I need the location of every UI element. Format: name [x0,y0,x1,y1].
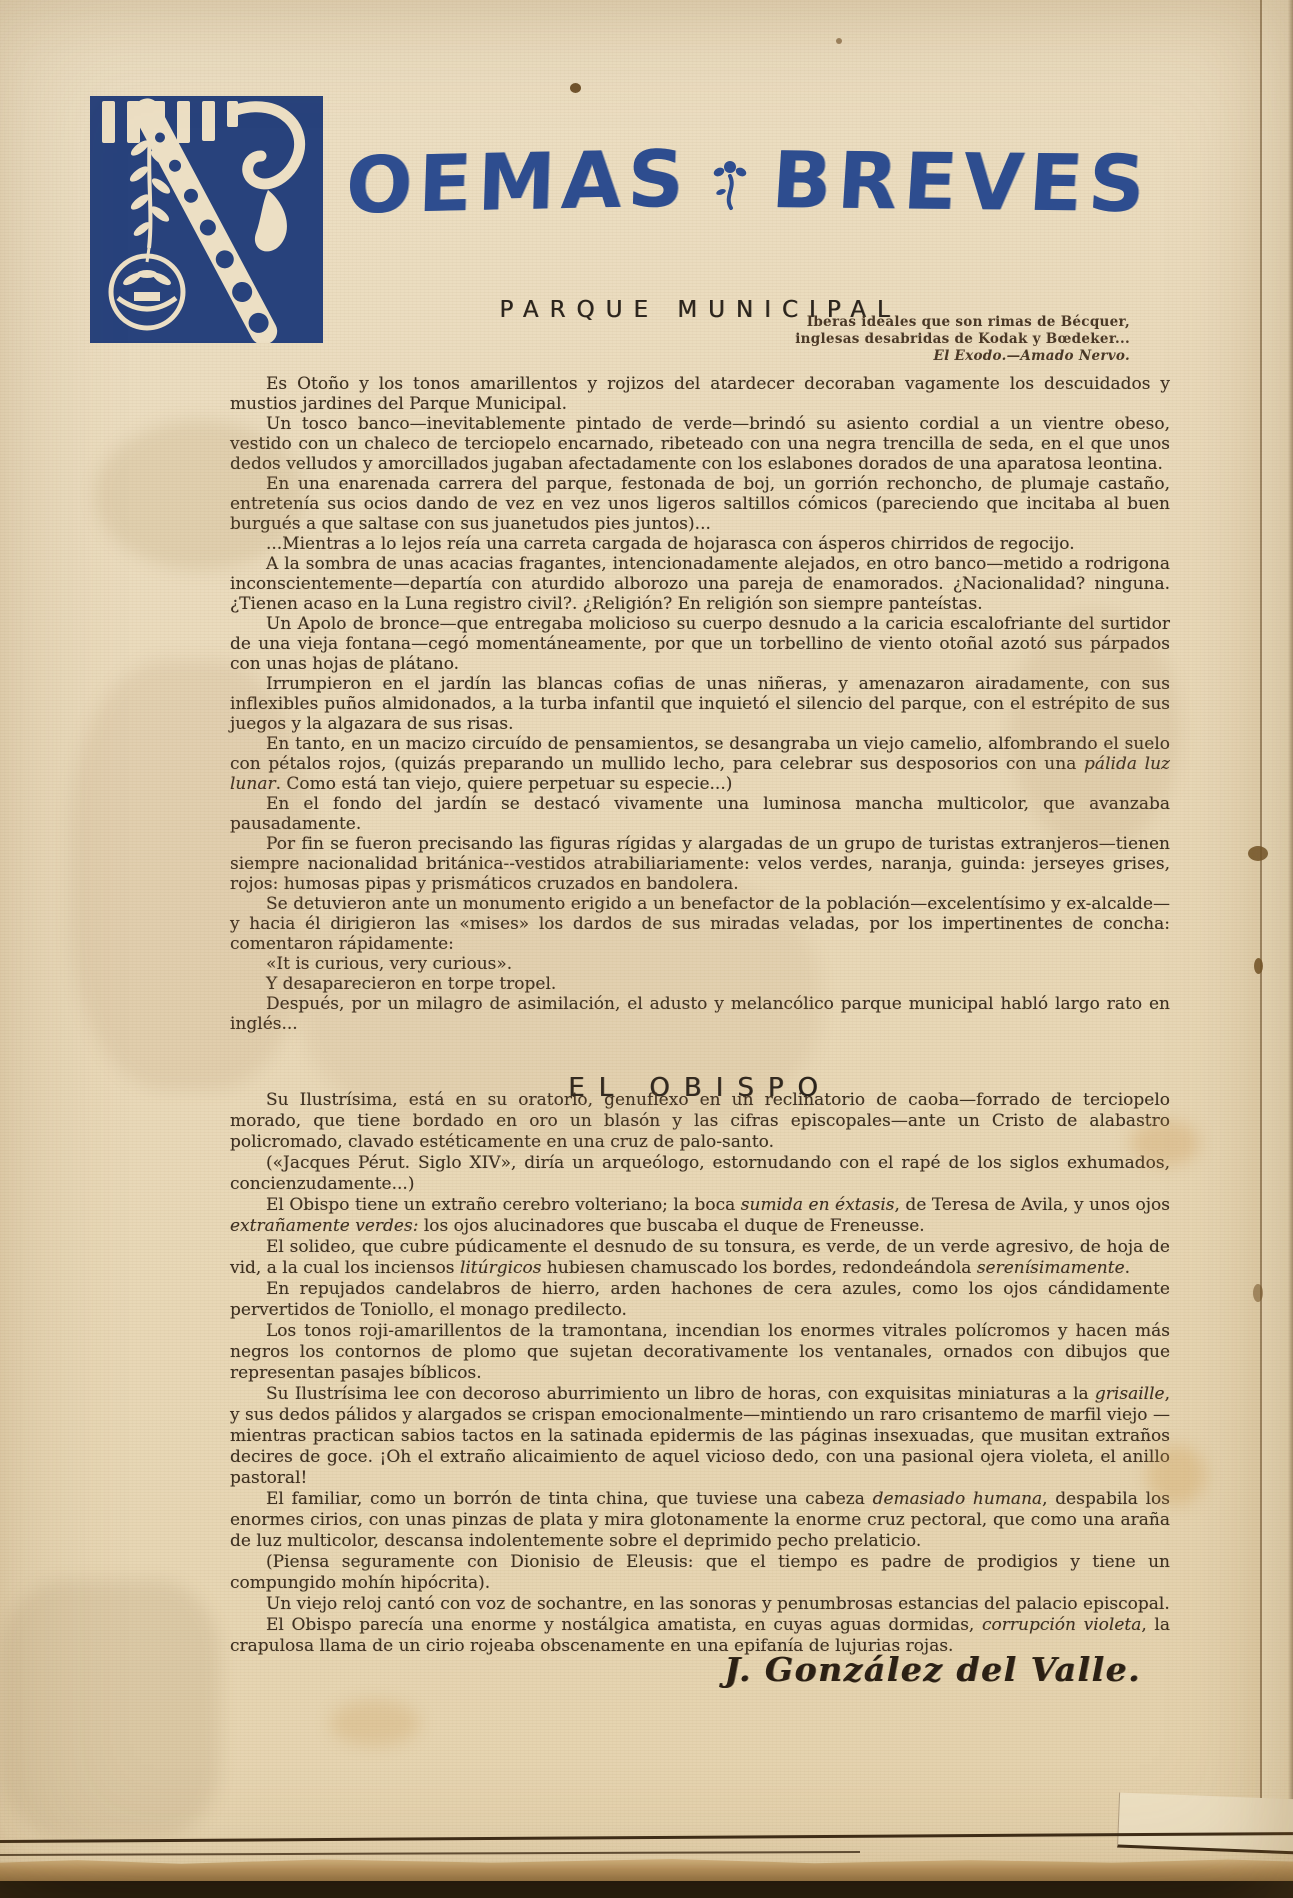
paper-stain [570,83,581,93]
fox-spot [330,1700,420,1746]
title-word-breves: BREVES [769,136,1153,230]
paragraph: En tanto, en un macizo circuído de pensa… [230,734,1170,794]
paragraph: («Jacques Pérut. Siglo XIV», diría un ar… [230,1153,1170,1195]
paragraph: Su Ilustrísima, está en su oratorio, gen… [230,1090,1170,1153]
paragraph: En repujados candelabros de hierro, arde… [230,1279,1170,1321]
epigraph-line: inglesas desabridas de Kodak y Bœdeker..… [795,331,1130,348]
page-corner-curl [1117,1793,1293,1855]
paragraph: El familiar, como un borrón de tinta chi… [230,1489,1170,1552]
stitch-knot [1253,1284,1263,1302]
paragraph: El Obispo tiene un extraño cerebro volte… [230,1195,1170,1237]
paragraph: En una enarenada carrera del parque, fes… [230,474,1170,534]
book-block-shadow [0,1881,1293,1898]
paragraph: Un Apolo de bronce—que entregaba molicio… [230,614,1170,674]
section-body-el-obispo: Su Ilustrísima, está en su oratorio, gen… [230,1090,1170,1657]
paragraph: Un tosco banco—inevitablemente pintado d… [230,414,1170,474]
epigraph-attribution: El Exodo.—Amado Nervo. [795,348,1130,365]
scanned-magazine-page: OEMAS BREVES PARQUE MUNICIPAL Iberas ide… [0,0,1293,1898]
page-bottom-edge-line [0,1832,1293,1843]
paragraph: Es Otoño y los tonos amarillentos y roji… [230,374,1170,414]
author-signature: J. González del Valle. [724,1650,1141,1689]
paragraph: Y desaparecieron en torpe tropel. [230,974,1170,994]
binding-crease [1260,0,1262,1848]
epigraph: Iberas ideales que son rimas de Bécquer,… [795,314,1130,365]
epigraph-line: Iberas ideales que son rimas de Bécquer, [795,314,1130,331]
title-word-oemas: OEMAS [345,134,692,231]
paragraph: Irrumpieron en el jardín las blancas cof… [230,674,1170,734]
paragraph: Por fin se fueron precisando las figuras… [230,834,1170,894]
paragraph: Un viejo reloj cantó con voz de sochantr… [230,1594,1170,1615]
paragraph: Después, por un milagro de asimilación, … [230,994,1170,1034]
stitch-knot [1248,846,1268,861]
paragraph: El solideo, que cubre púdicamente el des… [230,1237,1170,1279]
paper-stain [0,1580,220,1840]
paragraph: ...Mientras a lo lejos reía una carreta … [230,534,1170,554]
paragraph: Los tonos roji-amarillentos de la tramon… [230,1321,1170,1384]
paragraph: Se detuvieron ante un monumento erigido … [230,894,1170,954]
flower-ornament-icon [710,154,752,212]
page-outer-edge [1288,0,1293,1848]
magazine-title: OEMAS BREVES [346,124,1150,242]
paragraph: A la sombra de unas acacias fragantes, i… [230,554,1170,614]
paragraph: «It is curious, very curious». [230,954,1170,974]
paragraph: (Piensa seguramente con Dionisio de Eleu… [230,1552,1170,1594]
stitch-knot [1254,958,1263,974]
paragraph: Su Ilustrísima lee con decoroso aburrimi… [230,1384,1170,1489]
paragraph: En el fondo del jardín se destacó vivame… [230,794,1170,834]
page-bottom-edge-line [0,1851,860,1856]
section-body-parque-municipal: Es Otoño y los tonos amarillentos y roji… [230,374,1170,1034]
paper-stain [836,38,842,44]
